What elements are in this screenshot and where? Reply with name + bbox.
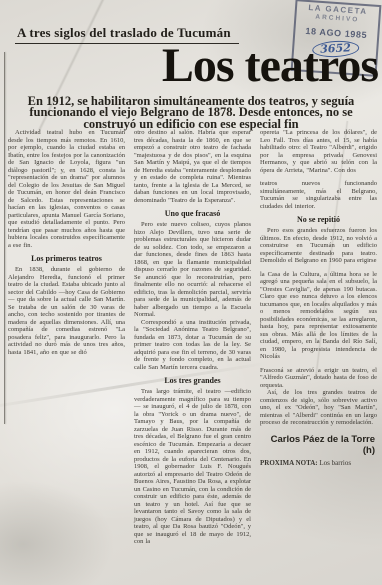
article-paragraph: Actividad teatral hubo en Tucumán desde … [8,129,125,249]
article-paragraph: opereta "La princesa de los dólares", de… [260,129,377,174]
section-subhead: No se repitió [260,215,377,224]
article-paragraph: otro destino al salón. Habría que espera… [134,129,251,204]
next-note-text: Los barrios [318,459,351,467]
author-byline: Carlos Páez de la Torre (h) [260,434,375,456]
clipping-fold-edge [4,52,5,424]
next-note: PROXIMA NOTA: Los barrios [260,459,377,467]
article-body: Actividad teatral hubo en Tucumán desde … [8,129,377,585]
article-paragraph: Frasconá se atrevió a erigir un teatro, … [260,367,377,390]
section-subhead: Uno que fracasó [134,209,251,218]
section-subhead: Los tres grandes [134,376,251,385]
article-paragraph: teatros nuevos funcionando simultáneamen… [260,180,377,210]
next-note-label: PROXIMA NOTA: [260,459,318,467]
article-paragraph: En 1838, durante el gobierno de Alejandr… [8,266,125,356]
article-deck: En 1912, se habilitaron simultáneamente … [25,96,357,130]
article-column-2: otro destino al salón. Habría que espera… [134,129,251,585]
article-headline: Los teatros [60,42,378,91]
article-paragraph: la Casa de la Cultura, a última hora se … [260,271,377,361]
scanned-paper-background: LA GACETA ARCHIVO 18 AGO 1985 3652 A tre… [0,0,382,585]
article-column-3: opereta "La princesa de los dólares", de… [260,129,377,585]
article-paragraph: Pero este nuevo coliseo, cuyos planos hi… [134,221,251,319]
article-column-1: Actividad teatral hubo en Tucumán desde … [8,129,125,585]
section-subhead: Los primeros teatros [8,254,125,263]
article-paragraph: Así, de los tres grandes teatros de comi… [260,389,377,427]
article-paragraph: Correspondió a una institución privada, … [134,319,251,372]
article-paragraph: Tras largo trámite, el teatro —edificio … [134,388,251,546]
article-paragraph: Pero esos grandes esfuerzos fueron los ú… [260,227,377,265]
